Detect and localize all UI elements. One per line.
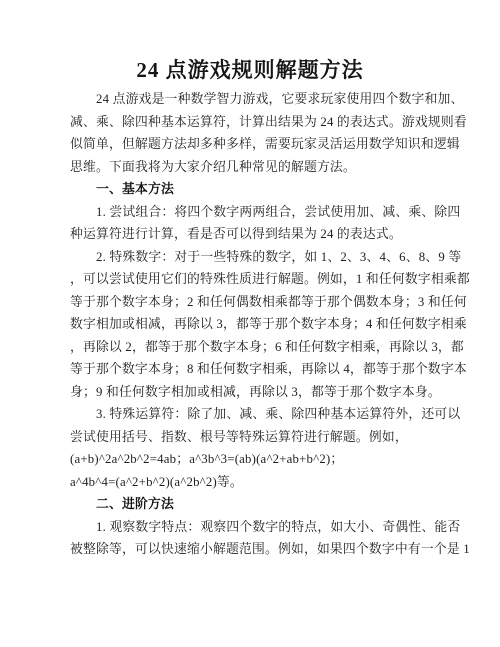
text-line: 2. 特殊数字：对于一些特殊的数字，如 1、2、3、4、6、8、9 等 (70, 246, 434, 269)
text-line: 1. 观察数字特点：观察四个数字的特点，如大小、奇偶性、能否 (70, 516, 434, 539)
document-page: 24 点游戏规则解题方法 24 点游戏是一种数学智力游戏，它要求玩家使用四个数字… (0, 0, 500, 647)
text-line: 24 点游戏是一种数学智力游戏，它要求玩家使用四个数字和加、 (70, 88, 434, 111)
text-line: 等于那个数字本身；2 和任何偶数相乘都等于那个偶数本身；3 和任何 (70, 291, 434, 314)
paragraph: 1. 观察数字特点：观察四个数字的特点，如大小、奇偶性、能否被整除等，可以快速缩… (70, 516, 434, 561)
section-heading: 一、基本方法 (70, 178, 434, 201)
text-line: 1. 尝试组合：将四个数字两两组合，尝试使用加、减、乘、除四 (70, 201, 434, 224)
paragraph: 2. 特殊数字：对于一些特殊的数字，如 1、2、3、4、6、8、9 等，可以尝试… (70, 246, 434, 404)
text-line: 思维。下面我将为大家介绍几种常见的解题方法。 (70, 156, 434, 179)
text-line: 等于那个数字本身；8 和任何数字相乘，再除以 4，都等于那个数字本 (70, 358, 434, 381)
text-line: 二、进阶方法 (70, 493, 434, 516)
paragraph: 24 点游戏是一种数学智力游戏，它要求玩家使用四个数字和加、减、乘、除四种基本运… (70, 88, 434, 178)
text-line: 似简单，但解题方法却多种多样，需要玩家灵活运用数学知识和逻辑 (70, 133, 434, 156)
document-body: 24 点游戏是一种数学智力游戏，它要求玩家使用四个数字和加、减、乘、除四种基本运… (70, 88, 434, 561)
text-line: 身；9 和任何数字相加或相减，再除以 3，都等于那个数字本身。 (70, 381, 434, 404)
text-line: 减、乘、除四种基本运算符，计算出结果为 24 的表达式。游戏规则看 (70, 111, 434, 134)
document-title: 24 点游戏规则解题方法 (0, 54, 500, 84)
paragraph: 3. 特殊运算符：除了加、减、乘、除四种基本运算符外，还可以尝试使用括号、指数、… (70, 403, 434, 493)
text-line: ，再除以 2，都等于那个数字本身；6 和任何数字相乘，再除以 3，都 (70, 336, 434, 359)
paragraph: 1. 尝试组合：将四个数字两两组合，尝试使用加、减、乘、除四种运算符进行计算，看… (70, 201, 434, 246)
section-heading: 二、进阶方法 (70, 493, 434, 516)
text-line: 被整除等，可以快速缩小解题范围。例如，如果四个数字中有一个是 1 (70, 538, 434, 561)
text-line: 种运算符进行计算，看是否可以得到结果为 24 的表达式。 (70, 223, 434, 246)
text-line: (a+b)^2a^2b^2=4ab；a^3b^3=(ab)(a^2+ab+b^2… (70, 448, 434, 471)
text-line: a^4b^4=(a^2+b^2)(a^2b^2)等。 (70, 471, 434, 494)
text-line: 一、基本方法 (70, 178, 434, 201)
text-line: 3. 特殊运算符：除了加、减、乘、除四种基本运算符外，还可以 (70, 403, 434, 426)
text-line: 尝试使用括号、指数、根号等特殊运算符进行解题。例如， (70, 426, 434, 449)
text-line: ，可以尝试使用它们的特殊性质进行解题。例如，1 和任何数字相乘都 (70, 268, 434, 291)
text-line: 数字相加或相减，再除以 3，都等于那个数字本身；4 和任何数字相乘 (70, 313, 434, 336)
